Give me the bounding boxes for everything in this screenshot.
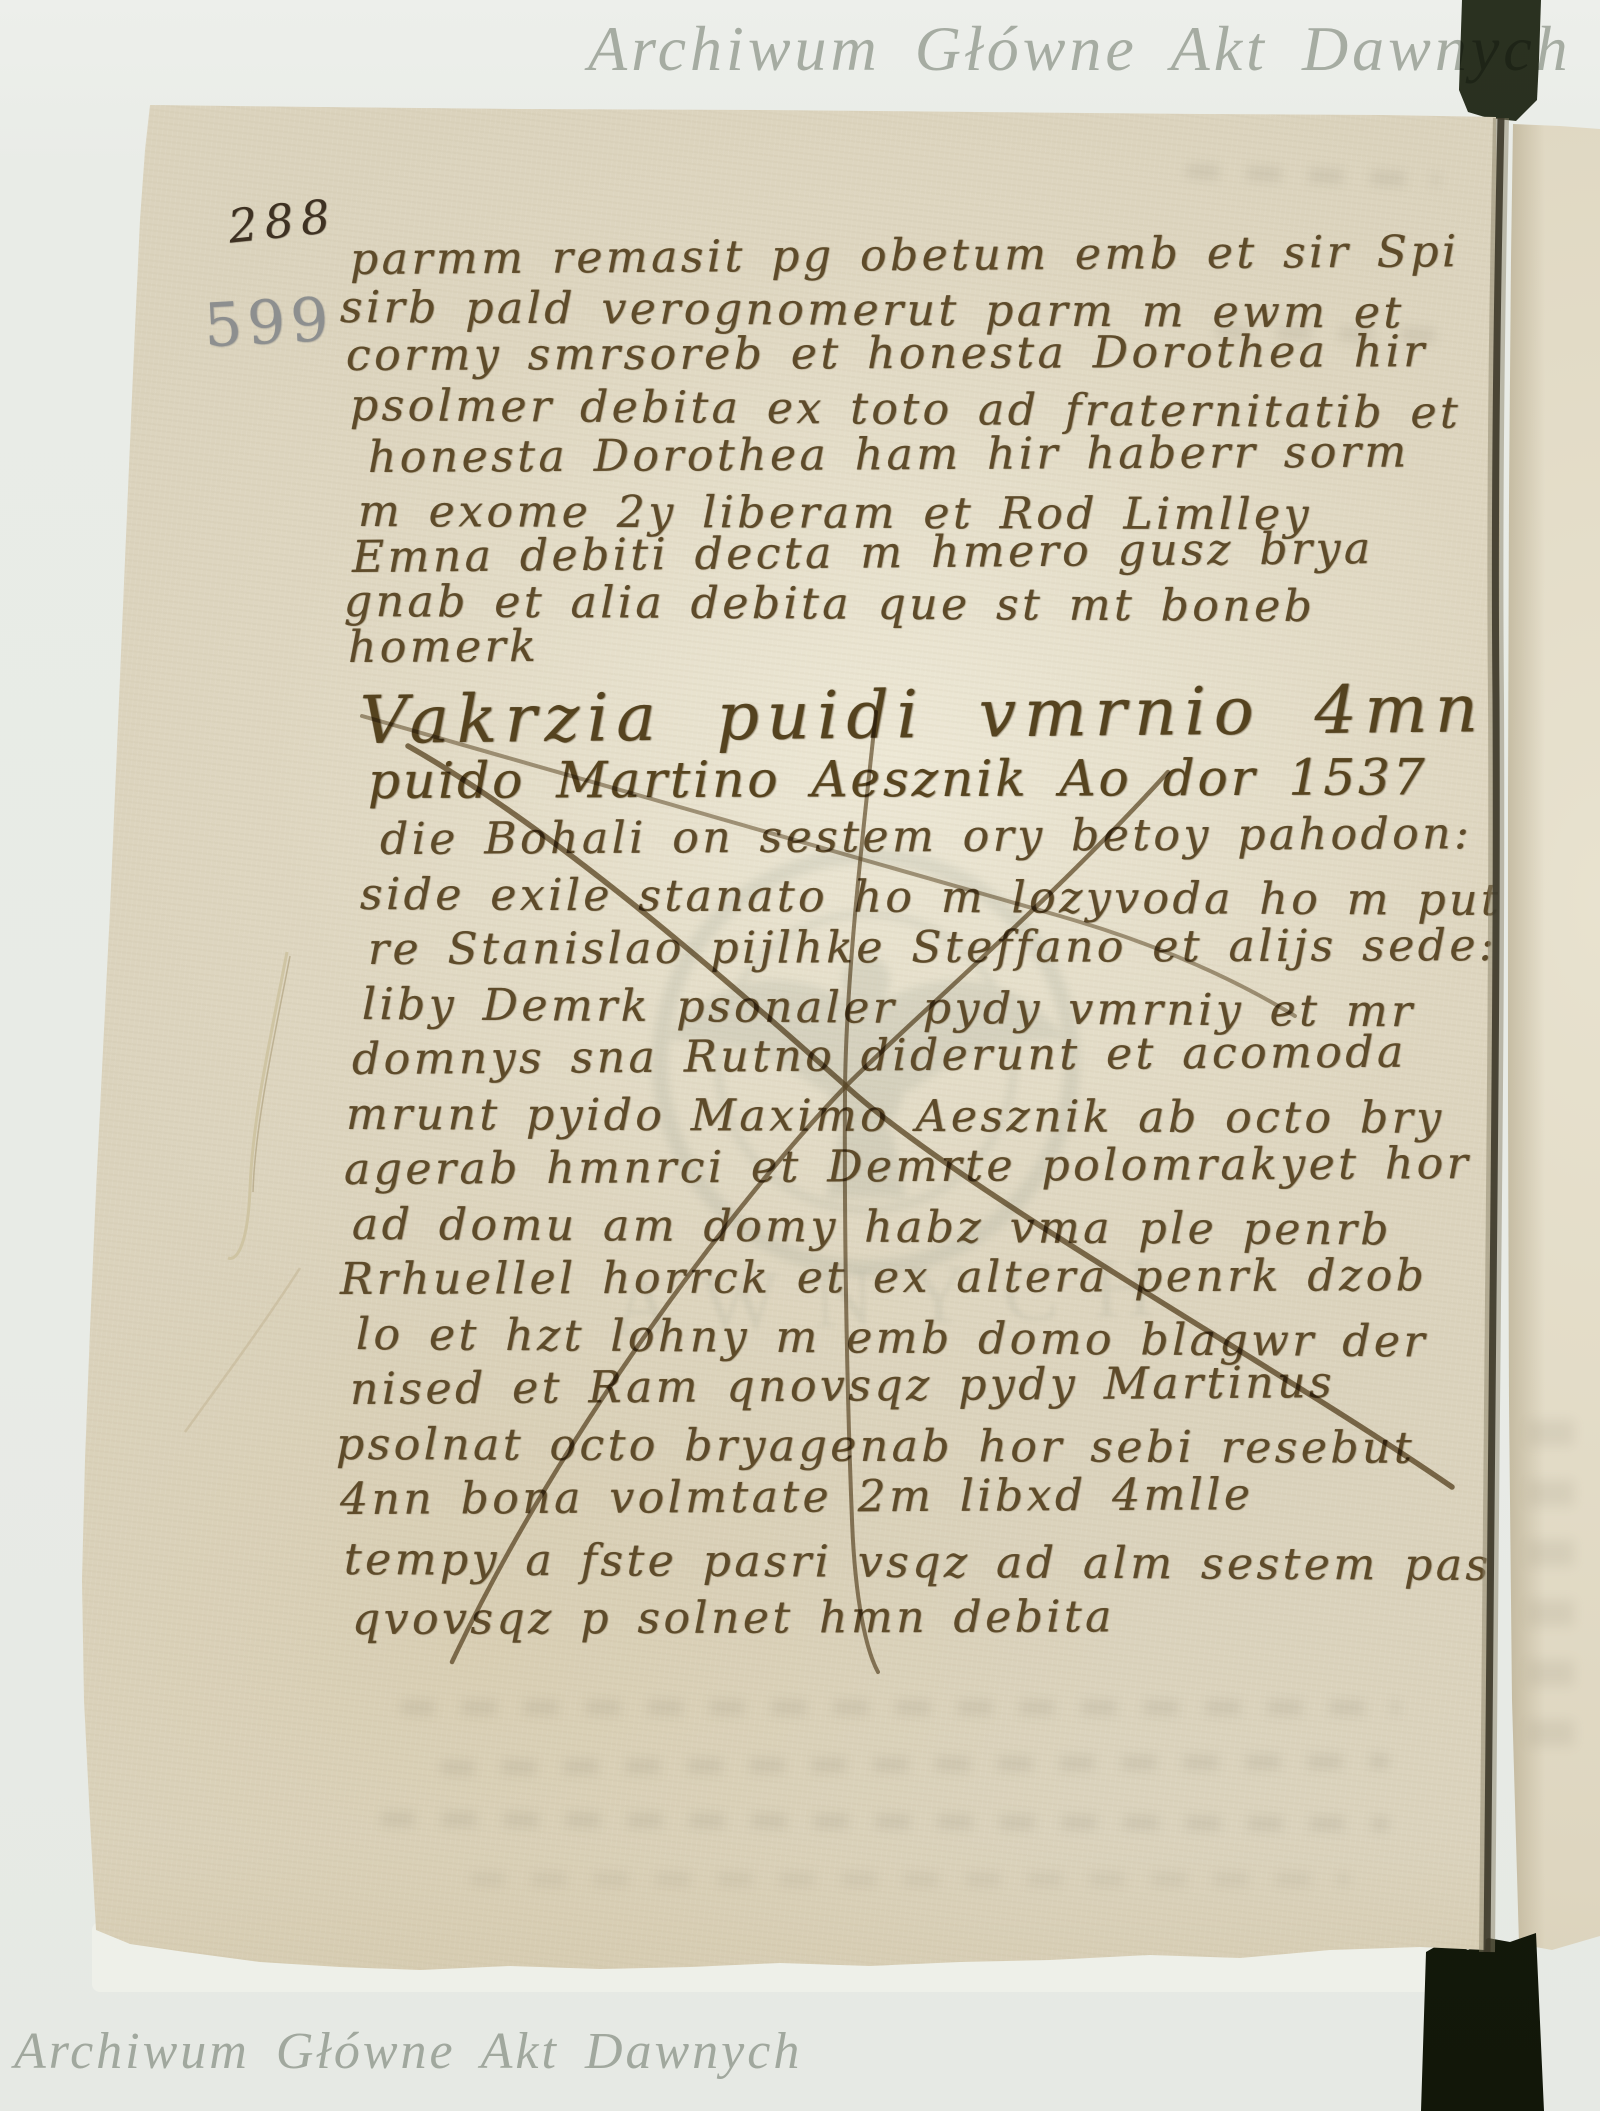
archive-watermark-bottom: Archiwum Główne Akt Dawnych [14,2022,802,2081]
page-edge-shading [0,0,1600,2111]
manuscript-scan: AWNYCH 288 599 parmm remasit pg obetum e… [0,0,1600,2111]
facing-page-showthrough [1528,1420,1574,1780]
archive-watermark-top: Archiwum Główne Akt Dawnych [588,12,1572,86]
manuscript-page: AWNYCH 288 599 parmm remasit pg obetum e… [0,0,1600,2111]
